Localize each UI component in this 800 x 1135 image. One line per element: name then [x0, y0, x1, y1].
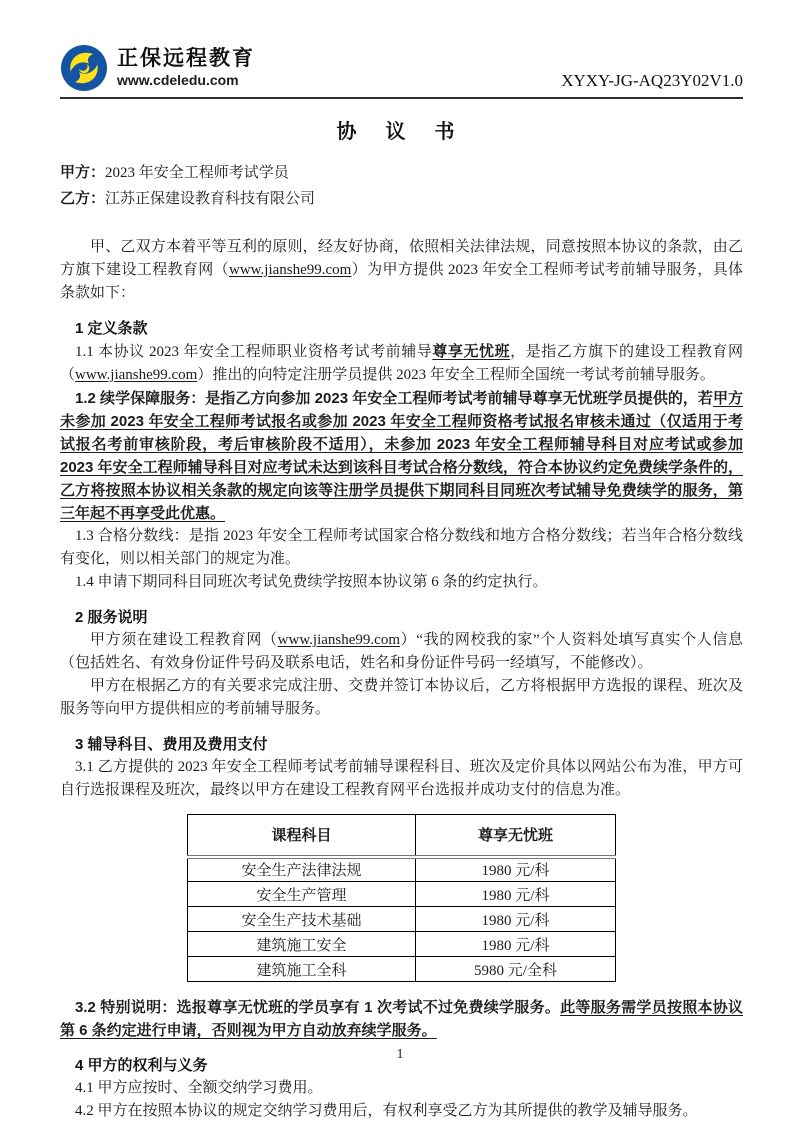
subject-cell: 建筑施工全科 [188, 957, 416, 982]
clause-1-1-post: ）推出的向特定注册学员提供 2023 年安全工程师全国统一考试考前辅导服务。 [197, 367, 715, 383]
party-b-value: 江苏正保建设教育科技有限公司 [105, 191, 315, 207]
price-cell: 1980 元/科 [416, 882, 616, 907]
section2-website-link[interactable]: www.jianshe99.com [278, 632, 400, 648]
price-cell: 1980 元/科 [416, 857, 616, 882]
price-cell: 5980 元/全科 [416, 957, 616, 982]
price-cell: 1980 元/科 [416, 932, 616, 957]
table-row: 建筑施工全科 5980 元/全科 [188, 957, 616, 982]
section2-p1-pre: 甲方须在建设工程教育网（ [90, 632, 278, 648]
clause-3-1: 3.1 乙方提供的 2023 年安全工程师考试考前辅导课程科目、班次及定价具体以… [60, 756, 743, 802]
section3-heading: 3 辅导科目、费用及费用支付 [60, 733, 743, 756]
clause-1-1-website-link[interactable]: www.jianshe99.com [75, 367, 197, 383]
table-row: 建筑施工安全 1980 元/科 [188, 932, 616, 957]
brand-name: 正保远程教育 [117, 47, 255, 70]
party-b-label: 乙方： [60, 190, 105, 207]
clause-1-2-underlined: 甲方未参加 2023 年安全工程师考试报名或参加 2023 年安全工程师资格考试… [60, 390, 743, 522]
brand-block: 正保远程教育 www.cdeledu.com [60, 44, 255, 92]
price-cell: 1980 元/科 [416, 907, 616, 932]
clause-1-4: 1.4 申请下期同科目同班次考试免费续学按照本协议第 6 条的约定执行。 [60, 571, 743, 594]
brand-website[interactable]: www.cdeledu.com [117, 73, 255, 88]
clause-1-1: 1.1 本协议 2023 年安全工程师职业资格考试考前辅导尊享无忧班，是指乙方旗… [60, 340, 743, 387]
clause-1-2-pre: 1.2 续学保障服务：是指乙方向参加 2023 年安全工程师考试考前辅导尊享无忧… [75, 390, 713, 407]
subject-cell: 建筑施工安全 [188, 932, 416, 957]
section2-heading: 2 服务说明 [60, 606, 743, 629]
party-b-line: 乙方：江苏正保建设教育科技有限公司 [60, 186, 743, 212]
section1-heading: 1 定义条款 [60, 317, 743, 340]
parties-block: 甲方：2023 年安全工程师考试学员 乙方：江苏正保建设教育科技有限公司 [60, 160, 743, 212]
clause-3-2: 3.2 特别说明：选报尊享无忧班的学员享有 1 次考试不过免费续学服务。此等服务… [60, 996, 743, 1042]
document-code: XYXY-JG-AQ23Y02V1.0 [561, 71, 743, 92]
party-a-label: 甲方： [60, 164, 105, 181]
party-a-value: 2023 年安全工程师考试学员 [105, 165, 289, 181]
subject-cell: 安全生产管理 [188, 882, 416, 907]
table-row: 安全生产管理 1980 元/科 [188, 882, 616, 907]
column-header-class: 尊享无忧班 [416, 815, 616, 857]
section2-paragraph-2: 甲方在根据乙方的有关要求完成注册、交费并签订本协议后，乙方将根据甲方选报的课程、… [60, 675, 743, 721]
clause-3-2-bold: 3.2 特别说明：选报尊享无忧班的学员享有 1 次考试不过免费续学服务。 [75, 999, 560, 1016]
table-header-row: 课程科目 尊享无忧班 [188, 815, 616, 857]
party-a-line: 甲方：2023 年安全工程师考试学员 [60, 160, 743, 186]
intro-website-link[interactable]: www.jianshe99.com [229, 262, 351, 278]
column-header-subject: 课程科目 [188, 815, 416, 857]
intro-paragraph: 甲、乙双方本着平等互利的原则，经友好协商，依照相关法律法规，同意按照本协议的条款… [60, 236, 743, 305]
subject-cell: 安全生产技术基础 [188, 907, 416, 932]
clause-1-1-pre: 1.1 本协议 2023 年安全工程师职业资格考试考前辅导 [75, 344, 432, 360]
page-header: 正保远程教育 www.cdeledu.com XYXY-JG-AQ23Y02V1… [60, 44, 743, 99]
page-number: 1 [0, 1047, 800, 1063]
brand-swirl-logo-icon [60, 44, 108, 92]
clause-4-2: 4.2 甲方在按照本协议的规定交纳学习费用后，有权利享受乙方为其所提供的教学及辅… [60, 1100, 743, 1123]
clause-1-2: 1.2 续学保障服务：是指乙方向参加 2023 年安全工程师考试考前辅导尊享无忧… [60, 387, 743, 525]
subject-cell: 安全生产法律法规 [188, 857, 416, 882]
course-price-table: 课程科目 尊享无忧班 安全生产法律法规 1980 元/科 安全生产管理 1980… [187, 814, 616, 982]
clause-1-1-highlight: 尊享无忧班 [432, 343, 510, 360]
table-row: 安全生产法律法规 1980 元/科 [188, 857, 616, 882]
clause-1-3: 1.3 合格分数线：是指 2023 年安全工程师考试国家合格分数线和地方合格分数… [60, 525, 743, 571]
clause-4-1: 4.1 甲方应按时、全额交纳学习费用。 [60, 1077, 743, 1100]
document-title: 协 议 书 [60, 115, 743, 144]
contract-page: 正保远程教育 www.cdeledu.com XYXY-JG-AQ23Y02V1… [0, 0, 800, 1123]
brand-text: 正保远程教育 www.cdeledu.com [117, 47, 255, 88]
section2-paragraph-1: 甲方须在建设工程教育网（www.jianshe99.com）“我的网校我的家”个… [60, 629, 743, 675]
table-row: 安全生产技术基础 1980 元/科 [188, 907, 616, 932]
